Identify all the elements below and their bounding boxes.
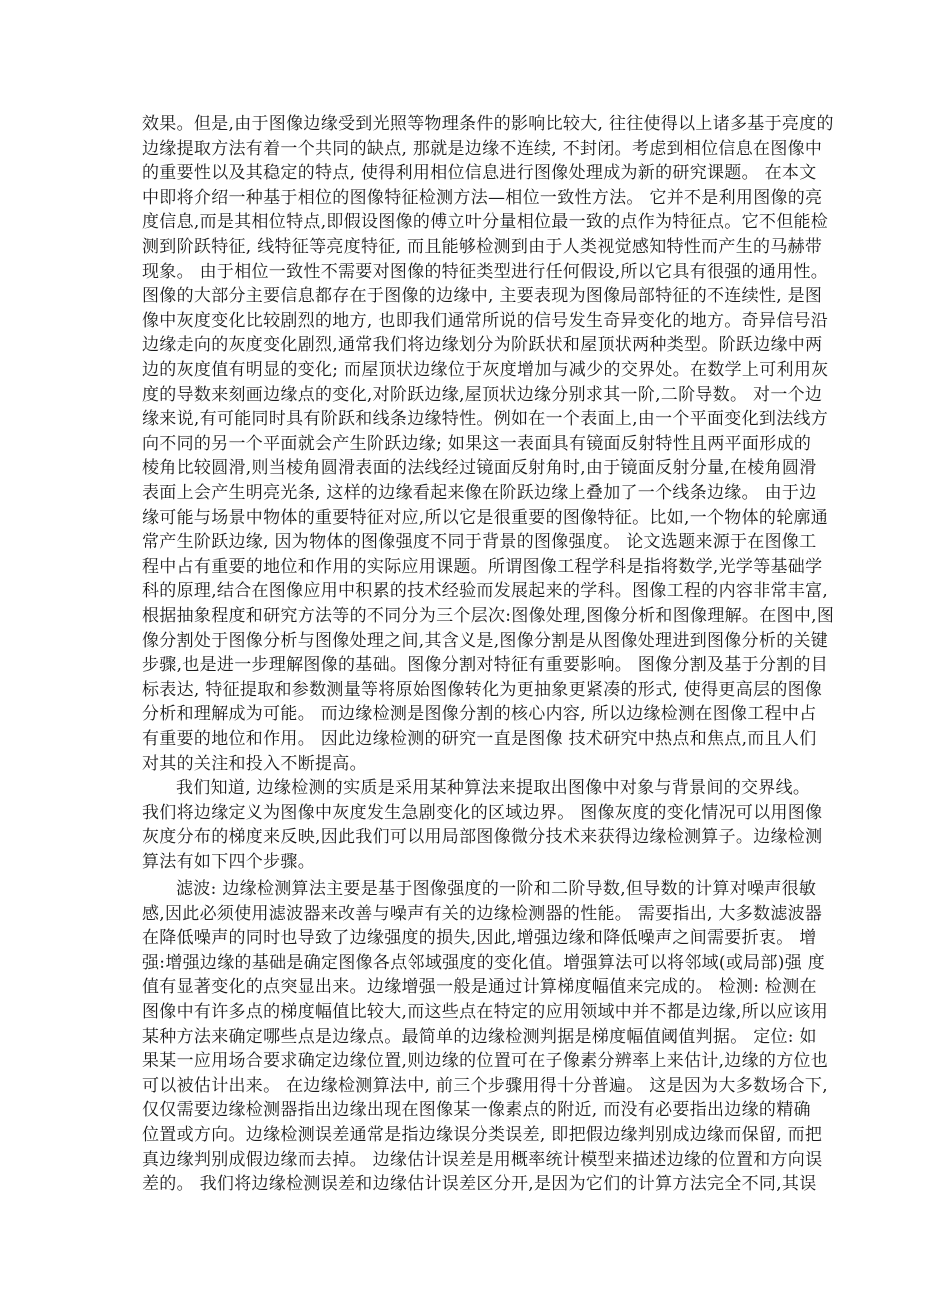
- text-line: 标表达, 特征提取和参数测量等将原始图像转化为更抽象更紧凑的形式, 使得更高层的…: [142, 678, 786, 702]
- text-line: 滤波: 边缘检测算法主要是基于图像强度的一阶和二阶导数,但导数的计算对噪声很敏: [176, 877, 786, 901]
- text-line: 根据抽象程度和研究方法等的不同分为三个层次:图像处理,图像分析和图像理解。在图中…: [142, 604, 786, 628]
- text-line: 度信息,而是其相位特点,即假设图像的傅立叶分量相位最一致的点作为特征点。它不但能…: [142, 210, 786, 234]
- text-line: 边缘提取方法有着一个共同的缺点, 那就是边缘不连续, 不封闭。考虑到相位信息在图…: [142, 137, 786, 161]
- text-line: 果某一应用场合要求确定边缘位置,则边缘的位置可在子像素分辨率上来估计,边缘的方位…: [142, 1049, 786, 1073]
- text-line: 我们知道, 边缘检测的实质是采用某种算法来提取出图像中对象与背景间的交界线。: [176, 776, 786, 800]
- text-line: 分析和理解成为可能。 而边缘检测是图像分割的核心内容, 所以边缘检测在图像工程中…: [142, 702, 786, 726]
- text-line: 值有显著变化的点突显出来。边缘增强一般是通过计算梯度幅值来完成的。 检测: 检测…: [142, 975, 786, 999]
- text-line: 感,因此必须使用滤波器来改善与噪声有关的边缘检测器的性能。 需要指出, 大多数滤…: [142, 902, 786, 926]
- text-line: 算法有如下四个步骤。: [142, 850, 786, 874]
- text-line: 中即将介绍一种基于相位的图像特征检测方法—相位一致性方法。 它并不是利用图像的亮: [142, 186, 786, 210]
- text-line: 像分割处于图像分析与图像处理之间,其含义是,图像分割是从图像处理进到图像分析的关…: [142, 629, 786, 653]
- text-line: 棱角比较圆滑,则当棱角圆滑表面的法线经过镜面反射角时,由于镜面反射分量,在棱角圆…: [142, 456, 786, 480]
- text-line: 现象。 由于相位一致性不需要对图像的特征类型进行任何假设,所以它具有很强的通用性…: [142, 260, 786, 284]
- text-line: 灰度分布的梯度来反映,因此我们可以用局部图像微分技术来获得边缘检测算子。边缘检测: [142, 825, 786, 849]
- text-line: 我们将边缘定义为图像中灰度发生急剧变化的区域边界。 图像灰度的变化情况可以用图像: [142, 801, 786, 825]
- text-line: 在降低噪声的同时也导致了边缘强度的损失,因此,增强边缘和降低噪声之间需要折衷。 …: [142, 926, 786, 950]
- text-line: 可以被估计出来。 在边缘检测算法中, 前三个步骤用得十分普遍。 这是因为大多数场…: [142, 1074, 786, 1098]
- text-line: 度的导数来刻画边缘点的变化,对阶跃边缘,屋顶状边缘分别求其一阶,二阶导数。 对一…: [142, 383, 786, 407]
- text-line: 像中灰度变化比较剧烈的地方, 也即我们通常所说的信号发生奇异变化的地方。奇异信号…: [142, 309, 786, 333]
- text-line: 强:增强边缘的基础是确定图像各点邻域强度的变化值。增强算法可以将邻域(或局部)强…: [142, 951, 786, 975]
- text-line: 缘来说,有可能同时具有阶跃和线条边缘特性。例如在一个表面上,由一个平面变化到法线…: [142, 407, 786, 431]
- text-line: 图像中有许多点的梯度幅值比较大,而这些点在特定的应用领域中并不都是边缘,所以应该…: [142, 1000, 786, 1024]
- text-line: 科的原理,结合在图像应用中积累的技术经验而发展起来的学科。图像工程的内容非常丰富…: [142, 579, 786, 603]
- text-line: 表面上会产生明亮光条, 这样的边缘看起来像在阶跃边缘上叠加了一个线条边缘。 由于…: [142, 481, 786, 505]
- text-line: 位置或方向。边缘检测误差通常是指边缘误分类误差, 即把假边缘判别成边缘而保留, …: [142, 1123, 786, 1147]
- text-line: 真边缘判别成假边缘而去掉。 边缘估计误差是用概率统计模型来描述边缘的位置和方向误: [142, 1148, 786, 1172]
- text-line: 步骤,也是进一步理解图像的基础。图像分割对特征有重要影响。 图像分割及基于分割的…: [142, 653, 786, 677]
- text-line: 效果。但是,由于图像边缘受到光照等物理条件的影响比较大, 往往使得以上诸多基于亮…: [142, 112, 786, 136]
- text-line: 的重要性以及其稳定的特点, 使得利用相位信息进行图像处理成为新的研究课题。 在本…: [142, 161, 786, 185]
- text-line: 缘可能与场景中物体的重要特征对应,所以它是很重要的图像特征。比如,一个物体的轮廓…: [142, 506, 786, 530]
- text-line: 有重要的地位和作用。 因此边缘检测的研究一直是图像 技术研究中热点和焦点,而且人…: [142, 727, 786, 751]
- text-line: 常产生阶跃边缘, 因为物体的图像强度不同于背景的图像强度。 论文选题来源于在图像…: [142, 530, 786, 554]
- document-page: 效果。但是,由于图像边缘受到光照等物理条件的影响比较大, 往往使得以上诸多基于亮…: [0, 0, 926, 1309]
- text-line: 差的。 我们将边缘检测误差和边缘估计误差区分开,是因为它们的计算方法完全不同,其…: [142, 1172, 786, 1196]
- text-line: 某种方法来确定哪些点是边缘点。最简单的边缘检测判据是梯度幅值阈值判据。 定位: …: [142, 1025, 786, 1049]
- text-line: 测到阶跃特征, 线特征等亮度特征, 而且能够检测到由于人类视觉感知特性而产生的马…: [142, 235, 786, 259]
- text-line: 仅仅需要边缘检测器指出边缘出现在图像某一像素点的附近, 而没有必要指出边缘的精确: [142, 1098, 786, 1122]
- text-line: 边缘走向的灰度变化剧烈,通常我们将边缘划分为阶跃状和屋顶状两种类型。阶跃边缘中两: [142, 333, 786, 357]
- text-line: 程中占有重要的地位和作用的实际应用课题。所谓图像工程学科是指将数学,光学等基础学: [142, 555, 786, 579]
- text-line: 边的灰度值有明显的变化; 而屋顶状边缘位于灰度增加与减少的交界处。在数学上可利用…: [142, 358, 786, 382]
- text-line: 对其的关注和投入不断提高。: [142, 752, 786, 776]
- text-line: 向不同的另一个平面就会产生阶跃边缘; 如果这一表面具有镜面反射特性且两平面形成的: [142, 432, 786, 456]
- text-line: 图像的大部分主要信息都存在于图像的边缘中, 主要表现为图像局部特征的不连续性, …: [142, 284, 786, 308]
